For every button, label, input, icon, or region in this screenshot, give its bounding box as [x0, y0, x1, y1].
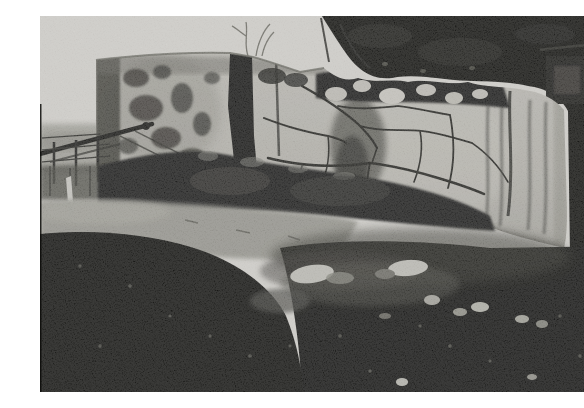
photo	[40, 16, 584, 392]
halftone-grain-light	[40, 16, 584, 392]
photo-left-border	[40, 104, 42, 392]
